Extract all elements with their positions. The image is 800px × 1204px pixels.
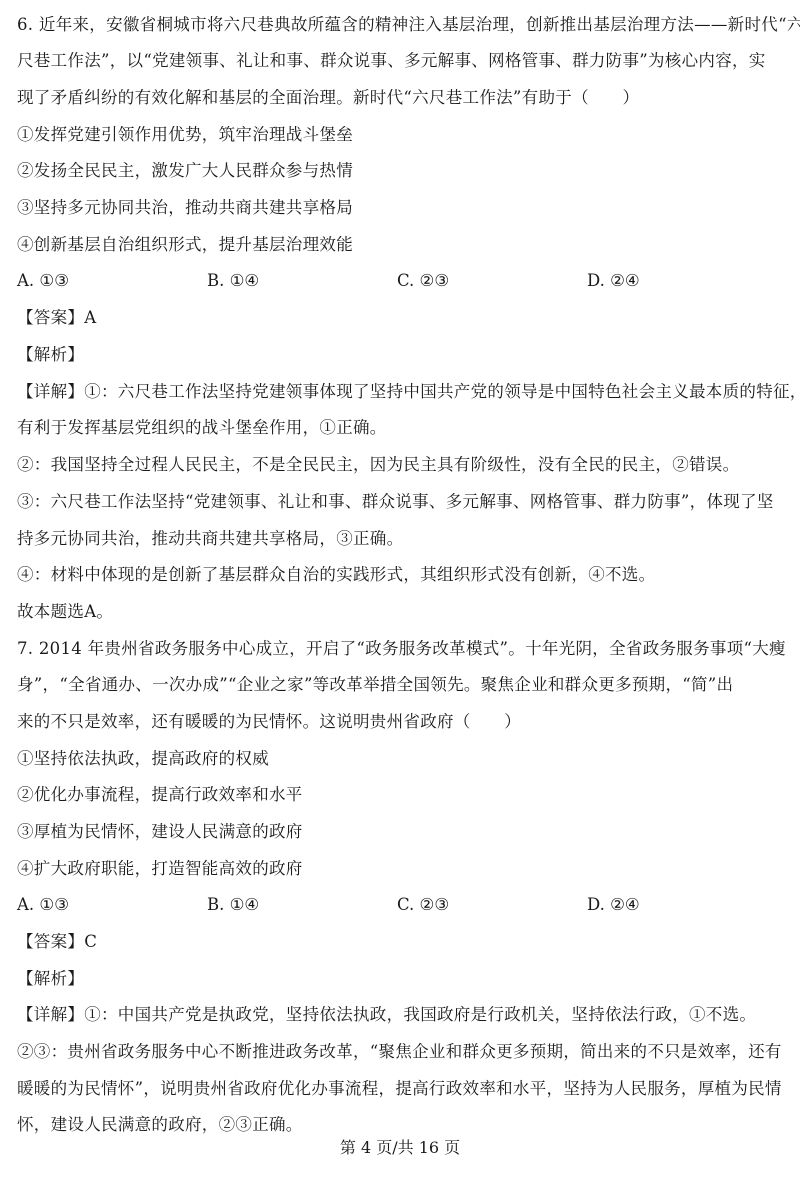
statement-3: ③厚植为民情怀，建设人民满意的政府 (17, 821, 787, 843)
statement-3: ③坚持多元协同共治，推动共商共建共享格局 (17, 197, 787, 219)
option-c: C. ②③ (397, 270, 449, 292)
detail-line: ④：材料中体现的是创新了基层群众自治的实践形式，其组织形式没有创新，④不选。 (17, 564, 787, 586)
detail-line: ③：六尺巷工作法坚持“党建领事、礼让和事、群众说事、多元解事、网格管事、群力防事… (17, 491, 787, 513)
answer-label: 【答案】A (17, 307, 787, 329)
analysis-label: 【解析】 (17, 968, 787, 990)
statement-1: ①坚持依法执政，提高政府的权威 (17, 748, 787, 770)
option-b: B. ①④ (207, 270, 259, 292)
detail-line: 【详解】①：中国共产党是执政党，坚持依法执政，我国政府是行政机关，坚持依法行政，… (17, 1004, 787, 1026)
statement-4: ④扩大政府职能，打造智能高效的政府 (17, 858, 787, 880)
statement-4: ④创新基层自治组织形式，提升基层治理效能 (17, 234, 787, 256)
detail-line: 怀，建设人民满意的政府，②③正确。 (17, 1114, 787, 1136)
statement-2: ②优化办事流程，提高行政效率和水平 (17, 784, 787, 806)
document-page: 6. 近年来，安徽省桐城市将六尺巷典故所蕴含的精神注入基层治理，创新推出基层治理… (0, 0, 800, 1204)
question-stem-line: 来的不只是效率，还有暖暖的为民情怀。这说明贵州省政府（ ） (17, 711, 787, 733)
statement-1: ①发挥党建引领作用优势，筑牢治理战斗堡垒 (17, 124, 787, 146)
answer-label: 【答案】C (17, 931, 787, 953)
analysis-label: 【解析】 (17, 344, 787, 366)
detail-line: 有利于发挥基层党组织的战斗堡垒作用，①正确。 (17, 417, 787, 439)
detail-line: ②：我国坚持全过程人民民主，不是全民民主，因为民主具有阶级性，没有全民的民主，②… (17, 454, 787, 476)
option-b: B. ①④ (207, 894, 259, 916)
page-number-footer: 第 4 页/共 16 页 (0, 1137, 800, 1159)
option-d: D. ②④ (587, 270, 640, 292)
option-a: A. ①③ (17, 894, 69, 916)
conclusion-line: 故本题选A。 (17, 601, 787, 623)
detail-line: 持多元协同共治，推动共商共建共享格局，③正确。 (17, 528, 787, 550)
question-stem-line: 尺巷工作法”，以“党建领事、礼让和事、群众说事、多元解事、网格管事、群力防事”为… (17, 50, 787, 72)
option-c: C. ②③ (397, 894, 449, 916)
detail-line: 【详解】①：六尺巷工作法坚持党建领事体现了坚持中国共产党的领导是中国特色社会主义… (17, 381, 787, 403)
option-a: A. ①③ (17, 270, 69, 292)
statement-2: ②发扬全民民主，激发广大人民群众参与热情 (17, 160, 787, 182)
question-stem-line: 身”，“全省通办、一次办成”“企业之家”等改革举措全国领先。聚焦企业和群众更多预… (17, 674, 787, 696)
option-d: D. ②④ (587, 894, 640, 916)
question-stem-line: 7. 2014 年贵州省政务服务中心成立，开启了“政务服务改革模式”。十年光阴，… (17, 638, 787, 660)
detail-line: ②③：贵州省政务服务中心不断推进政务改革，“聚焦企业和群众更多预期，简出来的不只… (17, 1041, 787, 1063)
detail-line: 暖暖的为民情怀”，说明贵州省政府优化办事流程，提高行政效率和水平，坚持为人民服务… (17, 1078, 787, 1100)
question-stem-line: 现了矛盾纠纷的有效化解和基层的全面治理。新时代“六尺巷工作法”有助于（ ） (17, 87, 787, 109)
question-stem-line: 6. 近年来，安徽省桐城市将六尺巷典故所蕴含的精神注入基层治理，创新推出基层治理… (17, 14, 787, 36)
